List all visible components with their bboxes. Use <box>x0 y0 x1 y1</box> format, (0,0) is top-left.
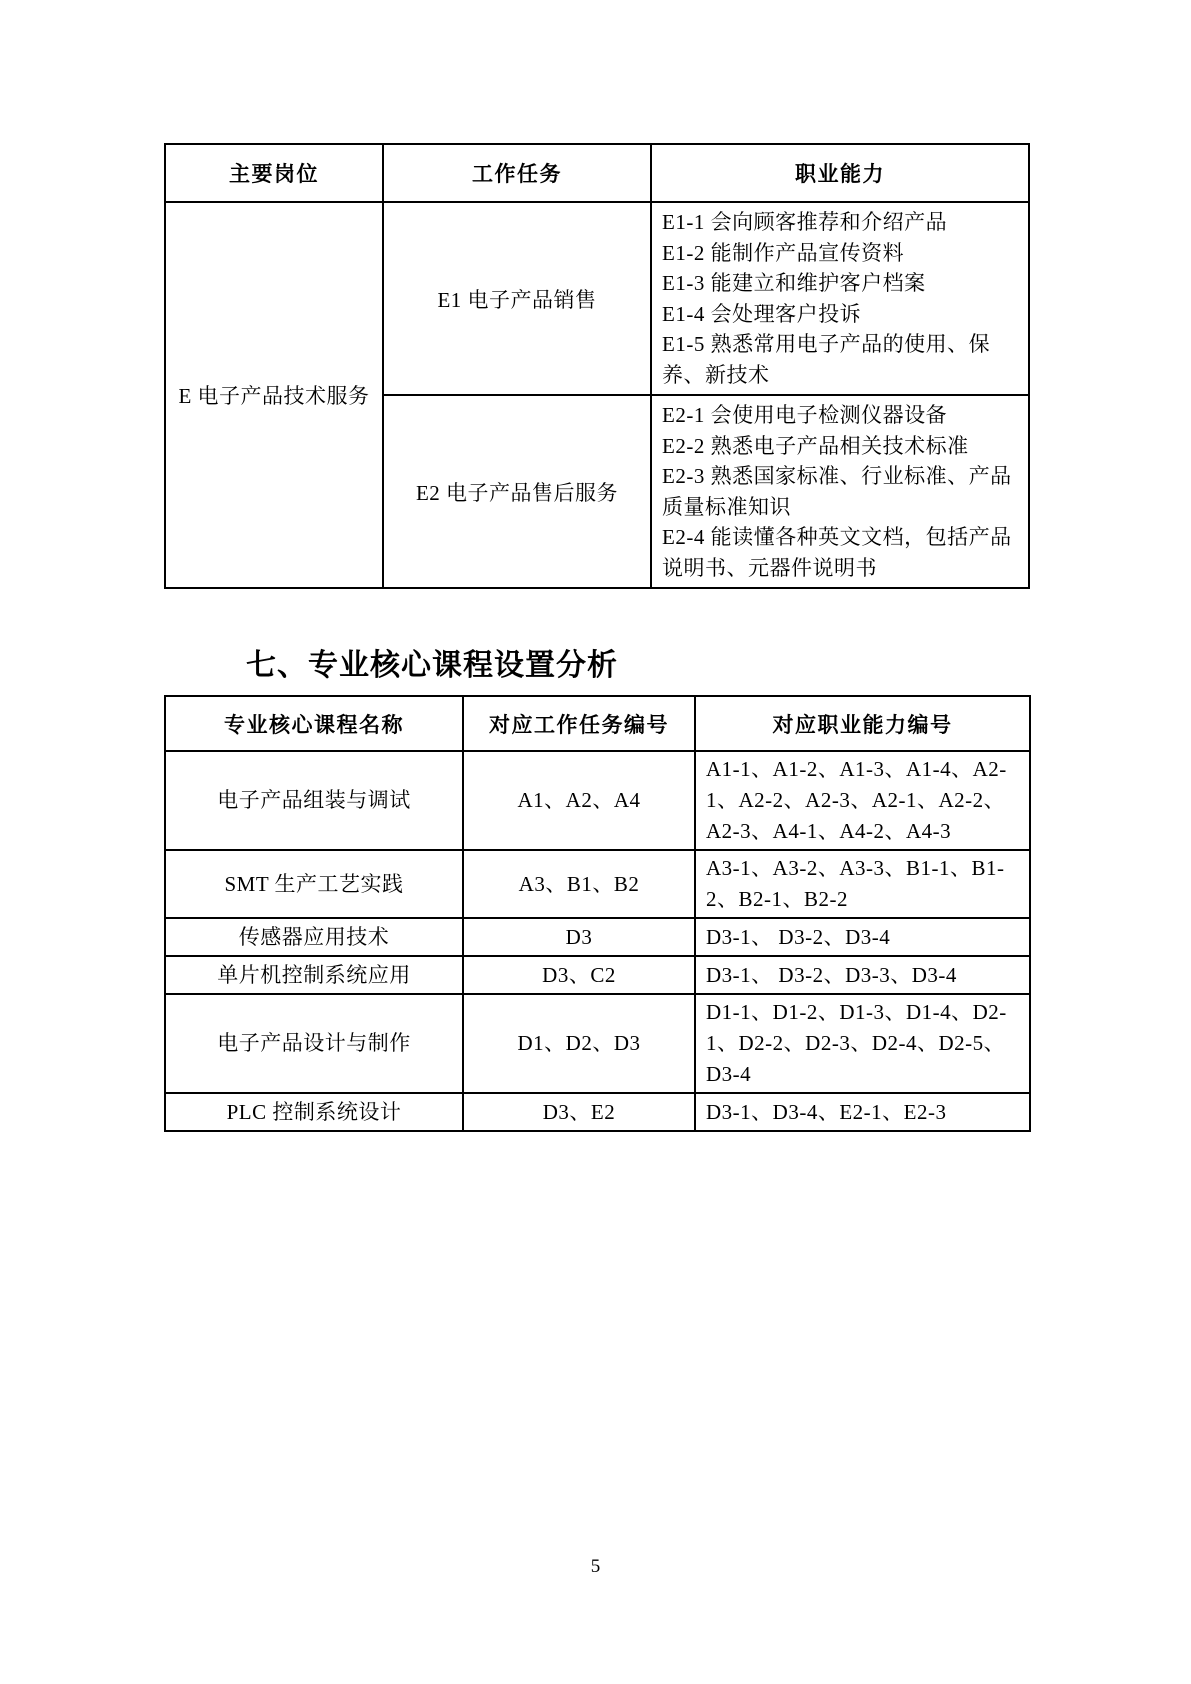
course-name: PLC 控制系统设计 <box>165 1093 463 1131</box>
course-name: 电子产品组装与调试 <box>165 751 463 850</box>
task-cell-e1: E1 电子产品销售 <box>383 202 651 395</box>
task-codes: D3、E2 <box>463 1093 695 1131</box>
header-work-task: 工作任务 <box>383 144 651 202</box>
positions-table: 主要岗位 工作任务 职业能力 E 电子产品技术服务 E1 电子产品销售 E1-1… <box>164 143 1030 589</box>
table-row-course-1: 电子产品组装与调试 A1、A2、A4 A1-1、A1-2、A1-3、A1-4、A… <box>165 751 1030 850</box>
ability-codes: D1-1、D1-2、D1-3、D1-4、D2-1、D2-2、D2-3、D2-4、… <box>695 994 1030 1093</box>
task-codes: D1、D2、D3 <box>463 994 695 1093</box>
ability-line: E2-4 能读懂各种英文文档，包括产品说明书、元器件说明书 <box>662 522 1020 583</box>
positions-table-header-row: 主要岗位 工作任务 职业能力 <box>165 144 1029 202</box>
abilities-cell-e1: E1-1 会向顾客推荐和介绍产品 E1-2 能制作产品宣传资料 E1-3 能建立… <box>651 202 1029 395</box>
ability-line: E1-2 能制作产品宣传资料 <box>662 238 1020 269</box>
header-professional-ability: 职业能力 <box>651 144 1029 202</box>
task-codes: D3、C2 <box>463 956 695 994</box>
section-heading: 七、专业核心课程设置分析 <box>246 644 618 688</box>
table-row-course-6: PLC 控制系统设计 D3、E2 D3-1、D3-4、E2-1、E2-3 <box>165 1093 1030 1131</box>
course-name: 传感器应用技术 <box>165 918 463 956</box>
ability-line: E1-3 能建立和维护客户档案 <box>662 268 1020 299</box>
table-row-course-3: 传感器应用技术 D3 D3-1、 D3-2、D3-4 <box>165 918 1030 956</box>
header-main-position: 主要岗位 <box>165 144 383 202</box>
course-name: 电子产品设计与制作 <box>165 994 463 1093</box>
header-ability-codes: 对应职业能力编号 <box>695 696 1030 751</box>
ability-line: E1-4 会处理客户投诉 <box>662 299 1020 330</box>
page-number: 5 <box>0 1556 1191 1578</box>
header-task-codes: 对应工作任务编号 <box>463 696 695 751</box>
task-codes: A1、A2、A4 <box>463 751 695 850</box>
ability-line: E1-5 熟悉常用电子产品的使用、保养、新技术 <box>662 329 1020 390</box>
ability-codes: A3-1、A3-2、A3-3、B1-1、B1-2、B2-1、B2-2 <box>695 850 1030 918</box>
position-cell: E 电子产品技术服务 <box>165 202 383 588</box>
table-row-course-5: 电子产品设计与制作 D1、D2、D3 D1-1、D1-2、D1-3、D1-4、D… <box>165 994 1030 1093</box>
ability-codes: D3-1、 D3-2、D3-3、D3-4 <box>695 956 1030 994</box>
header-course-name: 专业核心课程名称 <box>165 696 463 751</box>
ability-line: E1-1 会向顾客推荐和介绍产品 <box>662 207 1020 238</box>
task-codes: D3 <box>463 918 695 956</box>
task-codes: A3、B1、B2 <box>463 850 695 918</box>
courses-table-header-row: 专业核心课程名称 对应工作任务编号 对应职业能力编号 <box>165 696 1030 751</box>
table-row-course-2: SMT 生产工艺实践 A3、B1、B2 A3-1、A3-2、A3-3、B1-1、… <box>165 850 1030 918</box>
ability-line: E2-3 熟悉国家标准、行业标准、产品质量标准知识 <box>662 461 1020 522</box>
ability-codes: D3-1、 D3-2、D3-4 <box>695 918 1030 956</box>
course-name: 单片机控制系统应用 <box>165 956 463 994</box>
abilities-cell-e2: E2-1 会使用电子检测仪器设备 E2-2 熟悉电子产品相关技术标准 E2-3 … <box>651 395 1029 588</box>
document-page: 主要岗位 工作任务 职业能力 E 电子产品技术服务 E1 电子产品销售 E1-1… <box>0 0 1191 1684</box>
courses-table: 专业核心课程名称 对应工作任务编号 对应职业能力编号 电子产品组装与调试 A1、… <box>164 695 1031 1132</box>
course-name: SMT 生产工艺实践 <box>165 850 463 918</box>
task-cell-e2: E2 电子产品售后服务 <box>383 395 651 588</box>
table-row-course-4: 单片机控制系统应用 D3、C2 D3-1、 D3-2、D3-3、D3-4 <box>165 956 1030 994</box>
ability-line: E2-2 熟悉电子产品相关技术标准 <box>662 431 1020 462</box>
ability-codes: A1-1、A1-2、A1-3、A1-4、A2-1、A2-2、A2-3、A2-1、… <box>695 751 1030 850</box>
ability-codes: D3-1、D3-4、E2-1、E2-3 <box>695 1093 1030 1131</box>
ability-line: E2-1 会使用电子检测仪器设备 <box>662 400 1020 431</box>
table-row-e1: E 电子产品技术服务 E1 电子产品销售 E1-1 会向顾客推荐和介绍产品 E1… <box>165 202 1029 395</box>
